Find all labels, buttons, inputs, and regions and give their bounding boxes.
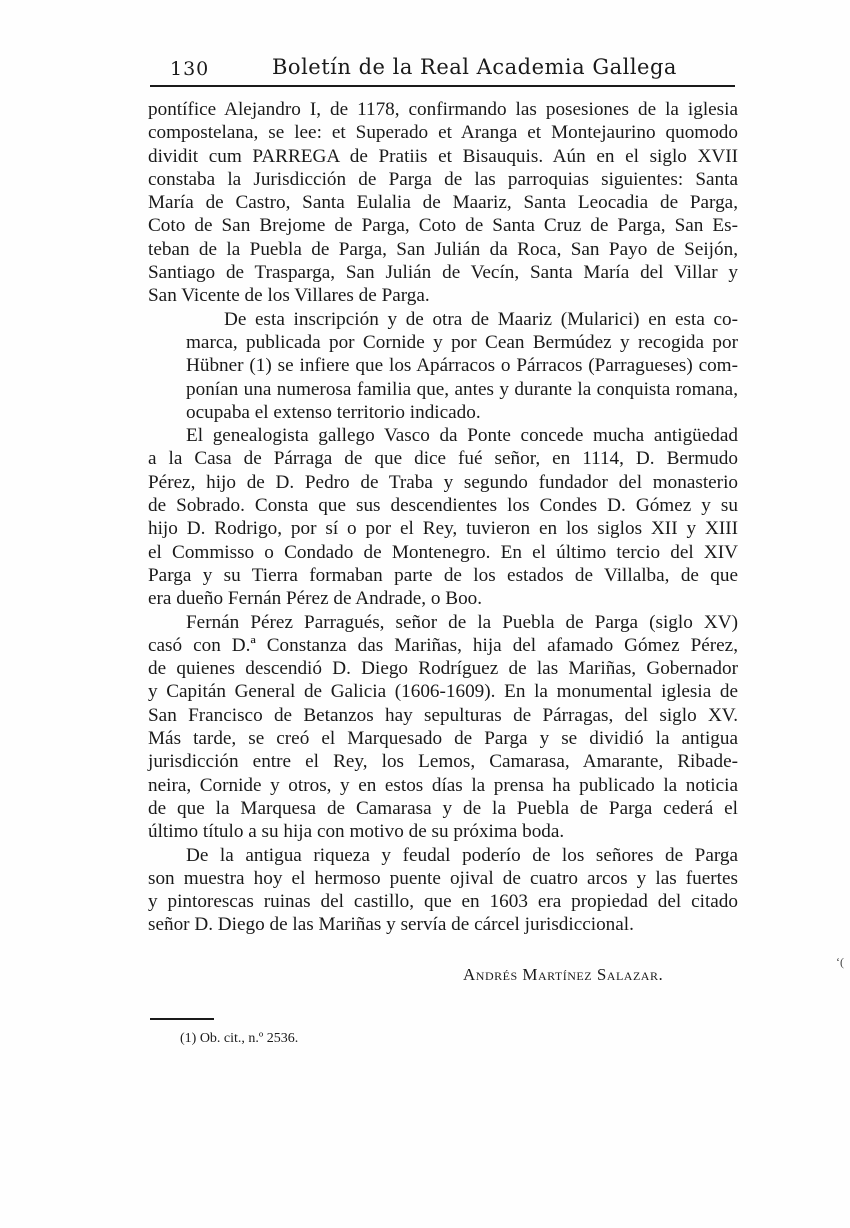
text-line: María de Castro, Santa Eulalia de Maariz…: [148, 191, 738, 214]
text-line: Hübner (1) se infiere que los Apárracos …: [148, 354, 738, 377]
text-line: casó con D.ª Constanza das Mariñas, hija…: [148, 634, 738, 657]
paragraph-4: Fernán Pérez Parragués, señor de la Pueb…: [148, 611, 738, 844]
text-line: era dueño Fernán Pérez de Andrade, o Boo…: [148, 587, 738, 610]
page-header: 130 Boletín de la Real Academia Gallega: [150, 54, 735, 84]
text-line: ponían una numerosa familia que, antes y…: [148, 378, 738, 401]
text-line: Más tarde, se creó el Marquesado de Parg…: [148, 727, 738, 750]
footnote-rule: [150, 1018, 214, 1020]
text-line: último título a su hija con motivo de su…: [148, 820, 738, 843]
text-line: constaba la Jurisdicción de Parga de las…: [148, 168, 738, 191]
text-line: señor D. Diego de las Mariñas y servía d…: [148, 913, 738, 936]
text-line: San Vicente de los Villares de Parga.: [148, 284, 738, 307]
text-line: Parga y su Tierra formaban parte de los …: [148, 564, 738, 587]
text-line: a la Casa de Párraga de que dice fué señ…: [148, 447, 738, 470]
paragraph-1: pontífice Alejandro I, de 1178, confirma…: [148, 98, 738, 308]
text-line: ocupaba el extenso territorio indicado.: [148, 401, 738, 424]
text-line: De esta inscripción y de otra de Maariz …: [148, 308, 738, 331]
text-line: neira, Cornide y otros, y en estos días …: [148, 774, 738, 797]
text-line: de Sobrado. Consta que sus descendientes…: [148, 494, 738, 517]
article-body: pontífice Alejandro I, de 1178, confirma…: [148, 98, 738, 937]
text-line: de que la Marquesa de Camarasa y de la P…: [148, 797, 738, 820]
text-line: dividit cum PARREGA de Pratiis et Bisauq…: [148, 145, 738, 168]
text-line: El genealogista gallego Vasco da Ponte c…: [148, 424, 738, 447]
text-line: hijo D. Rodrigo, por sí o por el Rey, tu…: [148, 517, 738, 540]
text-line: De la antigua riqueza y feudal poderío d…: [148, 844, 738, 867]
paragraph-2: De esta inscripción y de otra de Maariz …: [148, 308, 738, 424]
text-line: Santiago de Trasparga, San Julián de Vec…: [148, 261, 738, 284]
text-line: de quienes descendió D. Diego Rodríguez …: [148, 657, 738, 680]
text-line: Pérez, hijo de D. Pedro de Traba y segun…: [148, 471, 738, 494]
running-title: Boletín de la Real Academia Gallega: [272, 55, 677, 79]
text-line: teban de la Puebla de Parga, San Julián …: [148, 238, 738, 261]
page-number: 130: [170, 58, 209, 80]
margin-mark: ‘(: [836, 955, 844, 970]
text-line: marca, publicada por Cornide y por Cean …: [148, 331, 738, 354]
document-page: 130 Boletín de la Real Academia Gallega …: [0, 0, 850, 1228]
text-line: y pintorescas ruinas del castillo, que e…: [148, 890, 738, 913]
text-line: el Commisso o Condado de Montenegro. En …: [148, 541, 738, 564]
text-line: Coto de San Brejome de Parga, Coto de Sa…: [148, 214, 738, 237]
text-line: San Francisco de Betanzos hay sepulturas…: [148, 704, 738, 727]
author-signature: Andrés Martínez Salazar.: [463, 965, 663, 985]
text-line: pontífice Alejandro I, de 1178, confirma…: [148, 98, 738, 121]
text-line: son muestra hoy el hermoso puente ojival…: [148, 867, 738, 890]
text-line: Fernán Pérez Parragués, señor de la Pueb…: [148, 611, 738, 634]
text-line: compostelana, se lee: et Superado et Ara…: [148, 121, 738, 144]
paragraph-3: El genealogista gallego Vasco da Ponte c…: [148, 424, 738, 610]
footnote: (1) Ob. cit., n.º 2536.: [180, 1031, 298, 1047]
text-line: jurisdicción entre el Rey, los Lemos, Ca…: [148, 750, 738, 773]
text-line: y Capitán General de Galicia (1606-1609)…: [148, 680, 738, 703]
header-rule: [150, 85, 735, 87]
paragraph-5: De la antigua riqueza y feudal poderío d…: [148, 844, 738, 937]
